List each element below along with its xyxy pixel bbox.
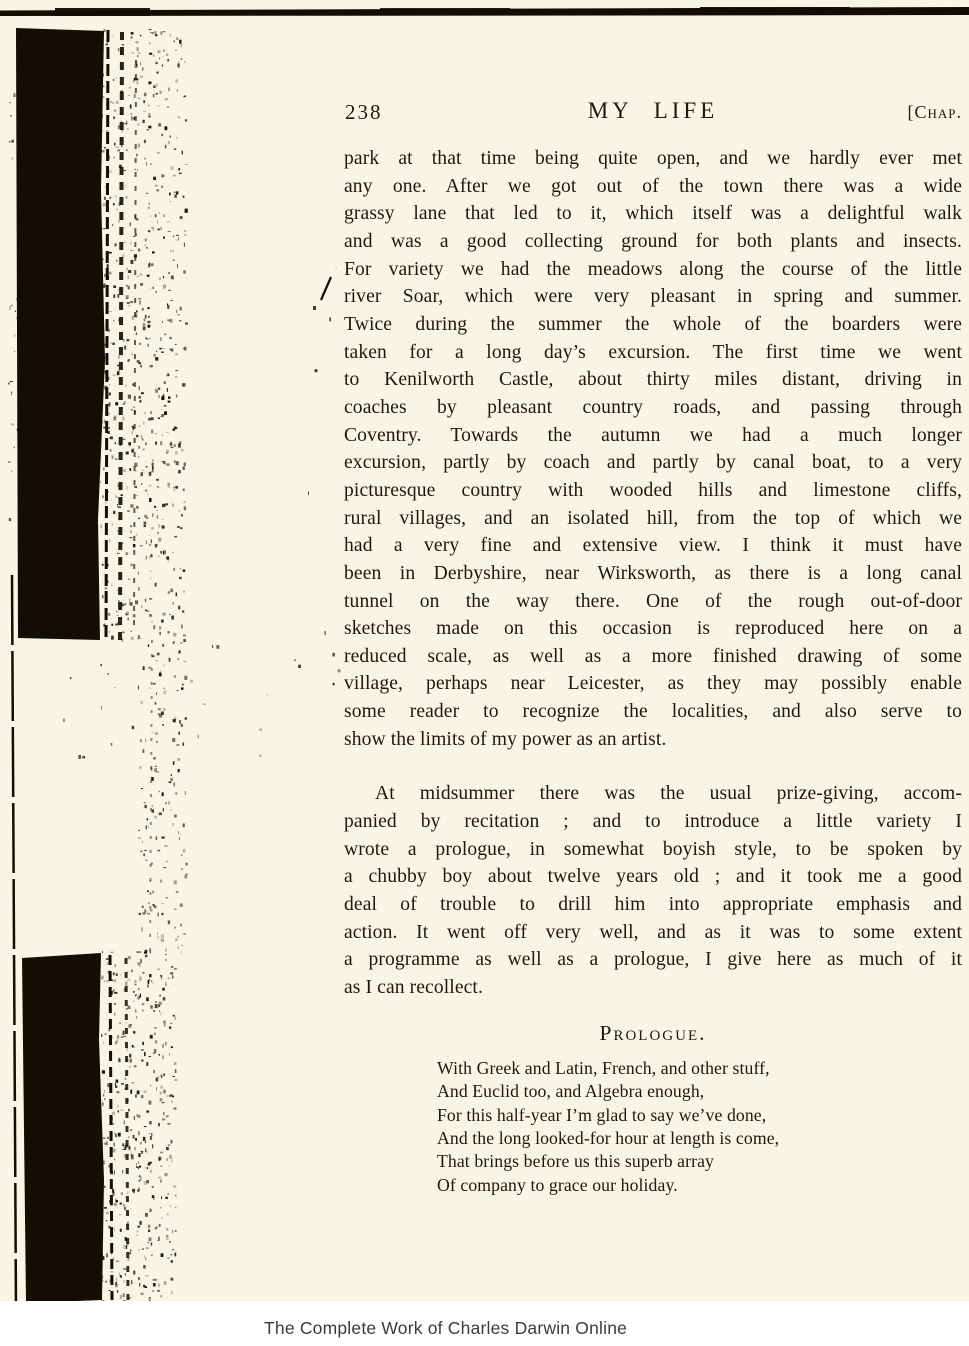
verse-line: Of company to grace our holiday. — [437, 1174, 962, 1197]
text-line: as I can recollect. — [344, 974, 962, 1002]
verse-line: And the long looked-for hour at length i… — [437, 1127, 962, 1150]
footer-strip: The Complete Work of Charles Darwin Onli… — [0, 1301, 969, 1346]
text-line: wrote a prologue, in somewhat boyish sty… — [344, 836, 962, 864]
running-header: 238 MY LIFE [Chap. — [344, 98, 962, 130]
scan-artifact-top-bar — [0, 7, 969, 16]
text-line: picturesque country with wooded hills an… — [344, 477, 962, 505]
running-title: MY LIFE — [344, 98, 962, 124]
text-line: tunnel on the way there. One of the roug… — [344, 588, 962, 616]
text-line: and was a good collecting ground for bot… — [344, 228, 962, 256]
scan-artifact-top-blob — [380, 8, 510, 15]
paragraph-excursions: park at that time being quite open, and … — [344, 145, 962, 753]
text-line: a chubby boy about twelve years old ; an… — [344, 863, 962, 891]
verse-line: With Greek and Latin, French, and other … — [437, 1057, 962, 1080]
text-line: river Soar, which were very pleasant in … — [344, 283, 962, 311]
text-line: deal of trouble to drill him into approp… — [344, 891, 962, 919]
paragraph-midsummer: At midsummer there was the usual prize-g… — [344, 780, 962, 1001]
scan-artifact-fringe — [134, 60, 136, 630]
text-line: a programme as well as a prologue, I giv… — [344, 946, 962, 974]
scan-artifact-binding-block-top — [16, 28, 105, 640]
text-line: grassy lane that led to it, which itself… — [344, 200, 962, 228]
chapter-marker: [Chap. — [907, 102, 962, 123]
text-line: coaches by pleasant country roads, and p… — [344, 394, 962, 422]
page-content: 238 MY LIFE [Chap. park at that time bei… — [344, 98, 962, 1197]
text-line: Coventry. Towards the autumn we had a mu… — [344, 422, 962, 450]
verse-line: That brings before us this superb array — [437, 1150, 962, 1173]
text-line: had a very fine and extensive view. I th… — [344, 532, 962, 560]
scan-artifact-dot — [313, 306, 316, 310]
text-line: excursion, partly by coach and partly by… — [344, 449, 962, 477]
verse-line: For this half-year I’m glad to say we’ve… — [437, 1104, 962, 1127]
scan-artifact-top-blob — [55, 8, 150, 16]
text-line: park at that time being quite open, and … — [344, 145, 962, 173]
scan-artifact-fringe — [120, 32, 122, 640]
text-line: any one. After we got out of the town th… — [344, 173, 962, 201]
prologue-verse: With Greek and Latin, French, and other … — [344, 1057, 962, 1197]
scan-artifact-fringe — [126, 958, 128, 1300]
text-line: sketches made on this occasion is reprod… — [344, 615, 962, 643]
scan-artifact-left-line — [12, 575, 16, 1312]
text-line: Twice during the summer the whole of the… — [344, 311, 962, 339]
scan-artifact-slash-mark — [321, 277, 331, 300]
scan-artifact-top-blob — [700, 7, 850, 15]
text-line: panied by recitation ; and to introduce … — [344, 808, 962, 836]
text-line: At midsummer there was the usual prize-g… — [344, 780, 962, 808]
text-line: some reader to recognize the localities,… — [344, 698, 962, 726]
text-line: rural villages, and an isolated hill, fr… — [344, 505, 962, 533]
text-line: show the limits of my power as an artist… — [344, 726, 962, 754]
scan-artifact-fringe — [106, 30, 108, 640]
text-line: village, perhaps near Leicester, as they… — [344, 670, 962, 698]
text-line: reduced scale, as well as a more finishe… — [344, 643, 962, 671]
verse-line: And Euclid too, and Algebra enough, — [437, 1080, 962, 1103]
text-line: to Kenilworth Castle, about thirty miles… — [344, 366, 962, 394]
prologue-heading: Prologue. — [344, 1021, 962, 1046]
text-line: been in Derbyshire, near Wirksworth, as … — [344, 560, 962, 588]
text-line: action. It went off very well, and as it… — [344, 919, 962, 947]
scan-artifact-fringe — [150, 640, 152, 958]
text-line: taken for a long day’s excursion. The fi… — [344, 339, 962, 367]
text-line: For variety we had the meadows along the… — [344, 256, 962, 284]
scan-artifact-speckles — [8, 29, 341, 1305]
footer-caption: The Complete Work of Charles Darwin Onli… — [264, 1318, 627, 1339]
scan-artifact-fringe — [110, 955, 112, 1300]
scan-artifact-binding-block-bottom — [22, 953, 104, 1303]
scanned-book-page: 238 MY LIFE [Chap. park at that time bei… — [0, 0, 969, 1346]
